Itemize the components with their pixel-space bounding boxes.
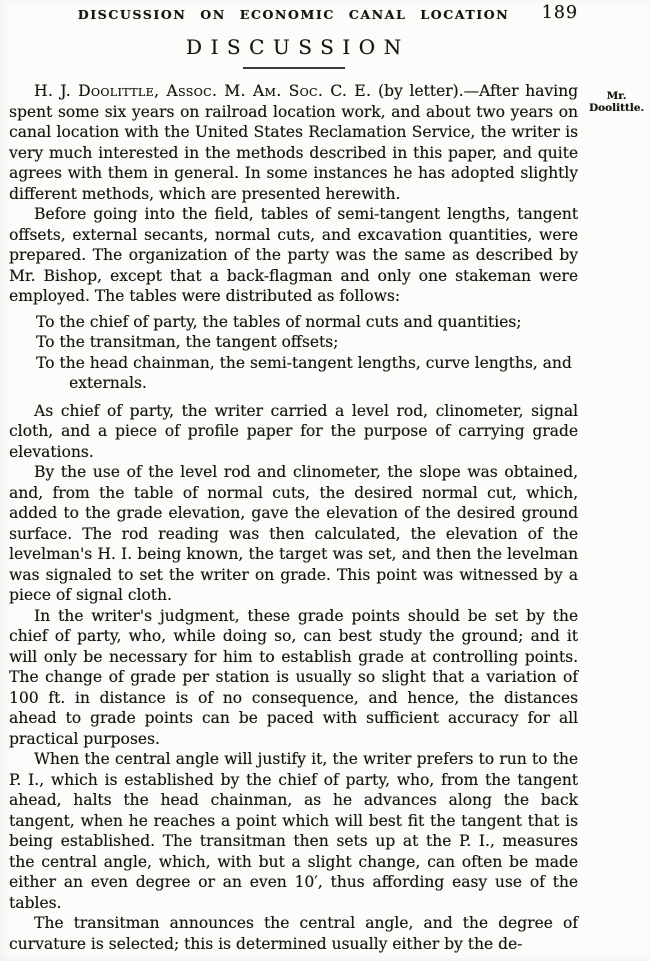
paragraph: By the use of the level rod and clinomet… — [9, 462, 578, 606]
list-item: To the head chainman, the semi-tangent l… — [9, 353, 578, 394]
page-number: 189 — [542, 3, 578, 23]
book-page: DISCUSSION ON ECONOMIC CANAL LOCATION DI… — [0, 0, 650, 961]
paragraph: As chief of party, the writer carried a … — [9, 401, 578, 463]
text-column: DISCUSSION ON ECONOMIC CANAL LOCATION DI… — [9, 0, 578, 954]
running-head: DISCUSSION ON ECONOMIC CANAL LOCATION — [9, 7, 578, 22]
paragraph: The transitman announces the central ang… — [9, 913, 578, 954]
discussion-body-text: H. J. Doolittle, Assoc. M. Am. Soc. C. E… — [9, 81, 578, 954]
paragraph: H. J. Doolittle, Assoc. M. Am. Soc. C. E… — [9, 81, 578, 204]
table-distribution-list: To the chief of party, the tables of nor… — [9, 312, 578, 394]
list-item: To the transitman, the tangent offsets; — [9, 332, 578, 353]
title-rule-divider — [243, 67, 345, 69]
section-title: DISCUSSION — [9, 35, 578, 59]
paragraph: In the writer's judgment, these grade po… — [9, 606, 578, 750]
author-attribution: H. J. Doolittle, Assoc. M. Am. Soc. C. E… — [34, 82, 371, 100]
paragraph: Before going into the field, tables of s… — [9, 204, 578, 307]
margin-note-speaker: Mr. Doolittle. — [585, 91, 648, 114]
margin-note-line2: Doolittle. — [589, 102, 644, 114]
list-item: To the chief of party, the tables of nor… — [9, 312, 578, 333]
paragraph: When the central angle will justify it, … — [9, 749, 578, 913]
margin-note-line1: Mr. — [607, 90, 627, 102]
